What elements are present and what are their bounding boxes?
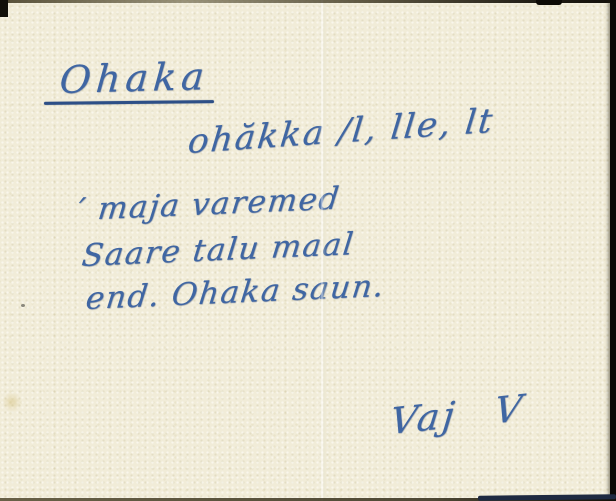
- signature: Vaj V: [388, 386, 527, 443]
- paper-stain: [2, 392, 22, 412]
- note-line-2: Saare talu maal: [80, 226, 356, 274]
- grammar-line: ohăkka /l, lle, lt: [186, 101, 496, 162]
- title-underline: [44, 100, 214, 105]
- scanned-card: Ohaka ohăkka /l, lle, lt ′ maja varemed …: [0, 0, 616, 501]
- scan-edge-right: [610, 0, 616, 501]
- paper-crease: [321, 0, 323, 501]
- scan-corner-notch: [0, 0, 8, 17]
- note-line-3: end. Ohaka saun.: [84, 268, 387, 317]
- paper-speck: [21, 304, 25, 307]
- scan-edge-top-blob: [536, 0, 562, 5]
- card-title: Ohaka: [58, 54, 211, 102]
- note-line-1: ′ maja varemed: [76, 181, 342, 228]
- scan-edge-top: [0, 0, 616, 3]
